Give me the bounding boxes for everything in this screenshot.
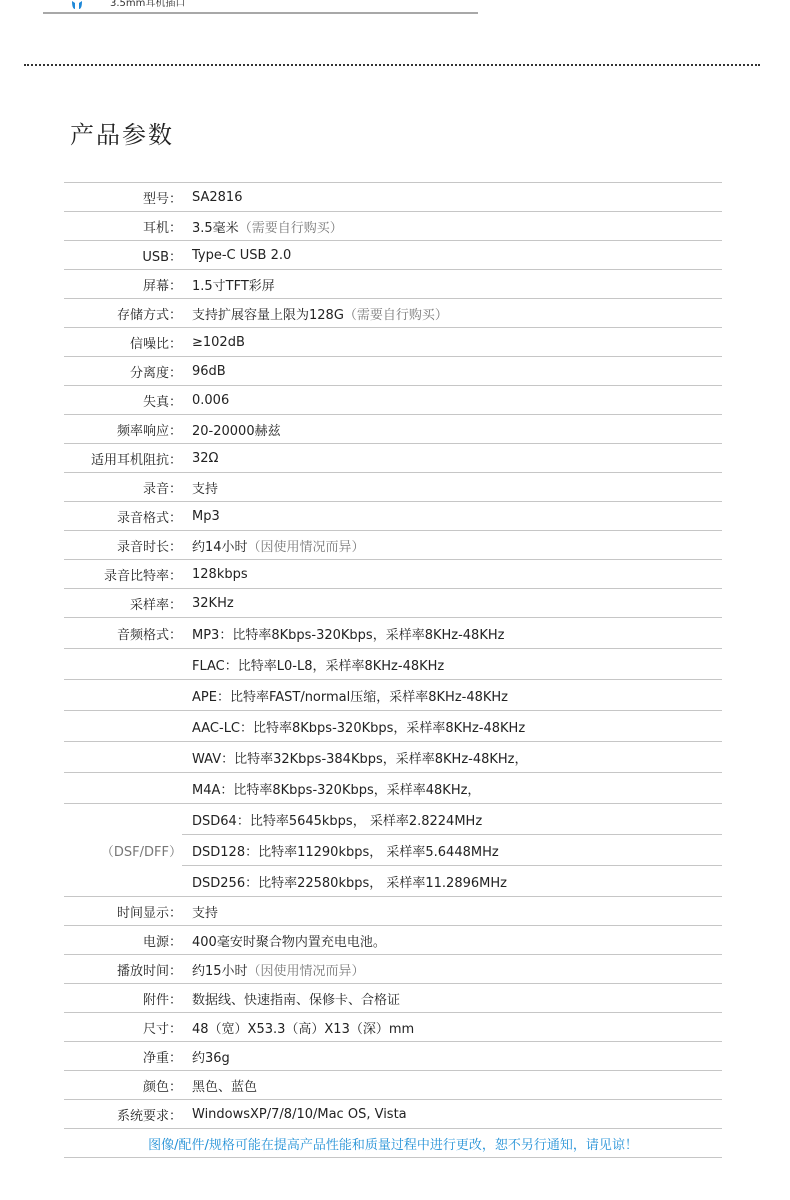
top-rule — [43, 12, 478, 14]
audio-format-row-ape: APE：比特率FAST/normal压缩，采样率8KHz-48KHz — [64, 679, 722, 710]
spec-value: M4A：比特率8Kbps-320Kbps，采样率48KHz， — [182, 779, 480, 798]
spec-label: 净重： — [64, 1047, 182, 1066]
spec-row-dimensions: 尺寸：48（宽）X53.3（高）X13（深）mm — [64, 1012, 722, 1041]
spec-label: 信噪比： — [64, 333, 182, 352]
spec-label: 型号： — [64, 188, 182, 207]
spec-row-accessories: 附件：数据线、快速指南、保修卡、合格证 — [64, 983, 722, 1012]
spec-row-impedance: 适用耳机阻抗：32Ω — [64, 443, 722, 472]
spec-label: 采样率： — [64, 594, 182, 613]
spec-row-recording-bitrate: 录音比特率：128kbps — [64, 559, 722, 588]
spec-value: 96dB — [182, 364, 226, 379]
spec-label: 适用耳机阻抗： — [64, 449, 182, 468]
dsd-row-64: DSD64：比特率5645kbps， 采样率2.8224MHz — [182, 804, 722, 834]
spec-value: ≥102dB — [182, 335, 245, 350]
spec-value: AAC-LC：比特率8Kbps-320Kbps，采样率8KHz-48KHz — [182, 717, 525, 736]
spec-row-distortion: 失真：0.006 — [64, 385, 722, 414]
spec-row-recording-duration: 录音时长：约14小时（因使用情况而异） — [64, 530, 722, 559]
spec-label: 分离度： — [64, 362, 182, 381]
spec-value: 20-20000赫兹 — [182, 420, 281, 439]
spec-label: 录音格式： — [64, 507, 182, 526]
audio-format-row-wav: WAV：比特率32Kbps-384Kbps，采样率8KHz-48KHz， — [64, 741, 722, 772]
spec-value: WAV：比特率32Kbps-384Kbps，采样率8KHz-48KHz， — [182, 748, 528, 767]
spec-value: 黑色、蓝色 — [182, 1076, 257, 1095]
spec-value: FLAC：比特率L0-L8，采样率8KHz-48KHz — [182, 655, 444, 674]
spec-value: 约15小时（因使用情况而异） — [182, 960, 365, 979]
spec-label: 录音比特率： — [64, 565, 182, 584]
spec-value: 支持 — [182, 478, 218, 497]
spec-label: 耳机： — [64, 217, 182, 236]
spec-value: WindowsXP/7/8/10/Mac OS, Vista — [182, 1107, 407, 1122]
spec-row-recording: 录音：支持 — [64, 472, 722, 501]
spec-value: 32Ω — [182, 451, 218, 466]
spec-row-usb: USB：Type-C USB 2.0 — [64, 240, 722, 269]
spec-label: 颜色： — [64, 1076, 182, 1095]
spec-label: 音频格式： — [64, 624, 182, 643]
spec-row-color: 颜色：黑色、蓝色 — [64, 1070, 722, 1099]
spec-row-time-display: 时间显示：支持 — [64, 896, 722, 925]
spec-row-screen: 屏幕：1.5寸TFT彩屏 — [64, 269, 722, 298]
audio-format-row-mp3: 音频格式：MP3：比特率8Kbps-320Kbps，采样率8KHz-48KHz — [64, 617, 722, 648]
dsd-format-group: （DSF/DFF） DSD64：比特率5645kbps， 采样率2.8224MH… — [64, 803, 722, 896]
spec-value: MP3：比特率8Kbps-320Kbps，采样率8KHz-48KHz — [182, 624, 504, 643]
spec-label: 附件： — [64, 989, 182, 1008]
spec-value: 1.5寸TFT彩屏 — [182, 275, 275, 294]
spec-row-sample-rate: 采样率：32KHz — [64, 588, 722, 617]
spec-value: 48（宽）X53.3（高）X13（深）mm — [182, 1018, 414, 1037]
audio-format-row-flac: FLAC：比特率L0-L8，采样率8KHz-48KHz — [64, 648, 722, 679]
page-title: 产品参数 — [70, 115, 174, 150]
spec-value: 128kbps — [182, 567, 248, 582]
spec-row-frequency: 频率响应：20-20000赫兹 — [64, 414, 722, 443]
spec-value: 0.006 — [182, 393, 229, 408]
spec-row-recording-format: 录音格式：Mp3 — [64, 501, 722, 530]
spec-row-separation: 分离度：96dB — [64, 356, 722, 385]
top-strip: 3.5mm耳机插口 — [0, 0, 790, 14]
spec-row-system: 系统要求：WindowsXP/7/8/10/Mac OS, Vista — [64, 1099, 722, 1128]
spec-label: 录音： — [64, 478, 182, 497]
audio-format-row-aac: AAC-LC：比特率8Kbps-320Kbps，采样率8KHz-48KHz — [64, 710, 722, 741]
spec-value: 支持 — [182, 902, 218, 921]
spec-value: Mp3 — [182, 509, 220, 524]
spec-label: 尺寸： — [64, 1018, 182, 1037]
header-caption: 3.5mm耳机插口 — [110, 0, 185, 9]
disclaimer-notice: 图像/配件/规格可能在提高产品性能和质量过程中进行更改，恕不另行通知，请见谅！ — [64, 1128, 722, 1158]
spec-value: 约36g — [182, 1047, 230, 1066]
dsd-row-256: DSD256：比特率22580kbps， 采样率11.2896MHz — [182, 865, 722, 896]
spec-row-headphone: 耳机：3.5毫米（需要自行购买） — [64, 211, 722, 240]
spec-label: USB： — [64, 246, 182, 265]
spec-label: 录音时长： — [64, 536, 182, 555]
spec-row-playtime: 播放时间：约15小时（因使用情况而异） — [64, 954, 722, 983]
spec-value: 数据线、快速指南、保修卡、合格证 — [182, 989, 400, 1008]
spec-value: Type-C USB 2.0 — [182, 248, 291, 263]
spec-label: 系统要求： — [64, 1105, 182, 1124]
dsd-label: （DSF/DFF） — [64, 804, 182, 896]
spec-value: APE：比特率FAST/normal压缩，采样率8KHz-48KHz — [182, 686, 508, 705]
spec-value: 32KHz — [182, 596, 234, 611]
spec-label: 时间显示： — [64, 902, 182, 921]
audio-format-row-m4a: M4A：比特率8Kbps-320Kbps，采样率48KHz， — [64, 772, 722, 803]
spec-row-model: 型号：SA2816 — [64, 182, 722, 211]
spec-value: 3.5毫米（需要自行购买） — [182, 217, 343, 236]
spec-table: 型号：SA2816 耳机：3.5毫米（需要自行购买） USB：Type-C US… — [64, 182, 722, 1158]
spec-row-weight: 净重：约36g — [64, 1041, 722, 1070]
spec-value: 约14小时（因使用情况而异） — [182, 536, 365, 555]
spec-row-snr: 信噪比：≥102dB — [64, 327, 722, 356]
spec-value: SA2816 — [182, 190, 242, 205]
spec-label: 屏幕： — [64, 275, 182, 294]
dotted-divider — [24, 64, 760, 66]
spec-label: 存储方式： — [64, 304, 182, 323]
dsd-row-128: DSD128：比特率11290kbps， 采样率5.6448MHz — [182, 834, 722, 865]
spec-row-power: 电源：400毫安时聚合物内置充电电池。 — [64, 925, 722, 954]
spec-row-storage: 存储方式：支持扩展容量上限为128G（需要自行购买） — [64, 298, 722, 327]
spec-label: 频率响应： — [64, 420, 182, 439]
spec-value: 400毫安时聚合物内置充电电池。 — [182, 931, 386, 950]
spec-label: 失真： — [64, 391, 182, 410]
spec-label: 播放时间： — [64, 960, 182, 979]
headphone-jack-icon — [70, 0, 84, 6]
spec-label: 电源： — [64, 931, 182, 950]
spec-value: 支持扩展容量上限为128G（需要自行购买） — [182, 304, 448, 323]
